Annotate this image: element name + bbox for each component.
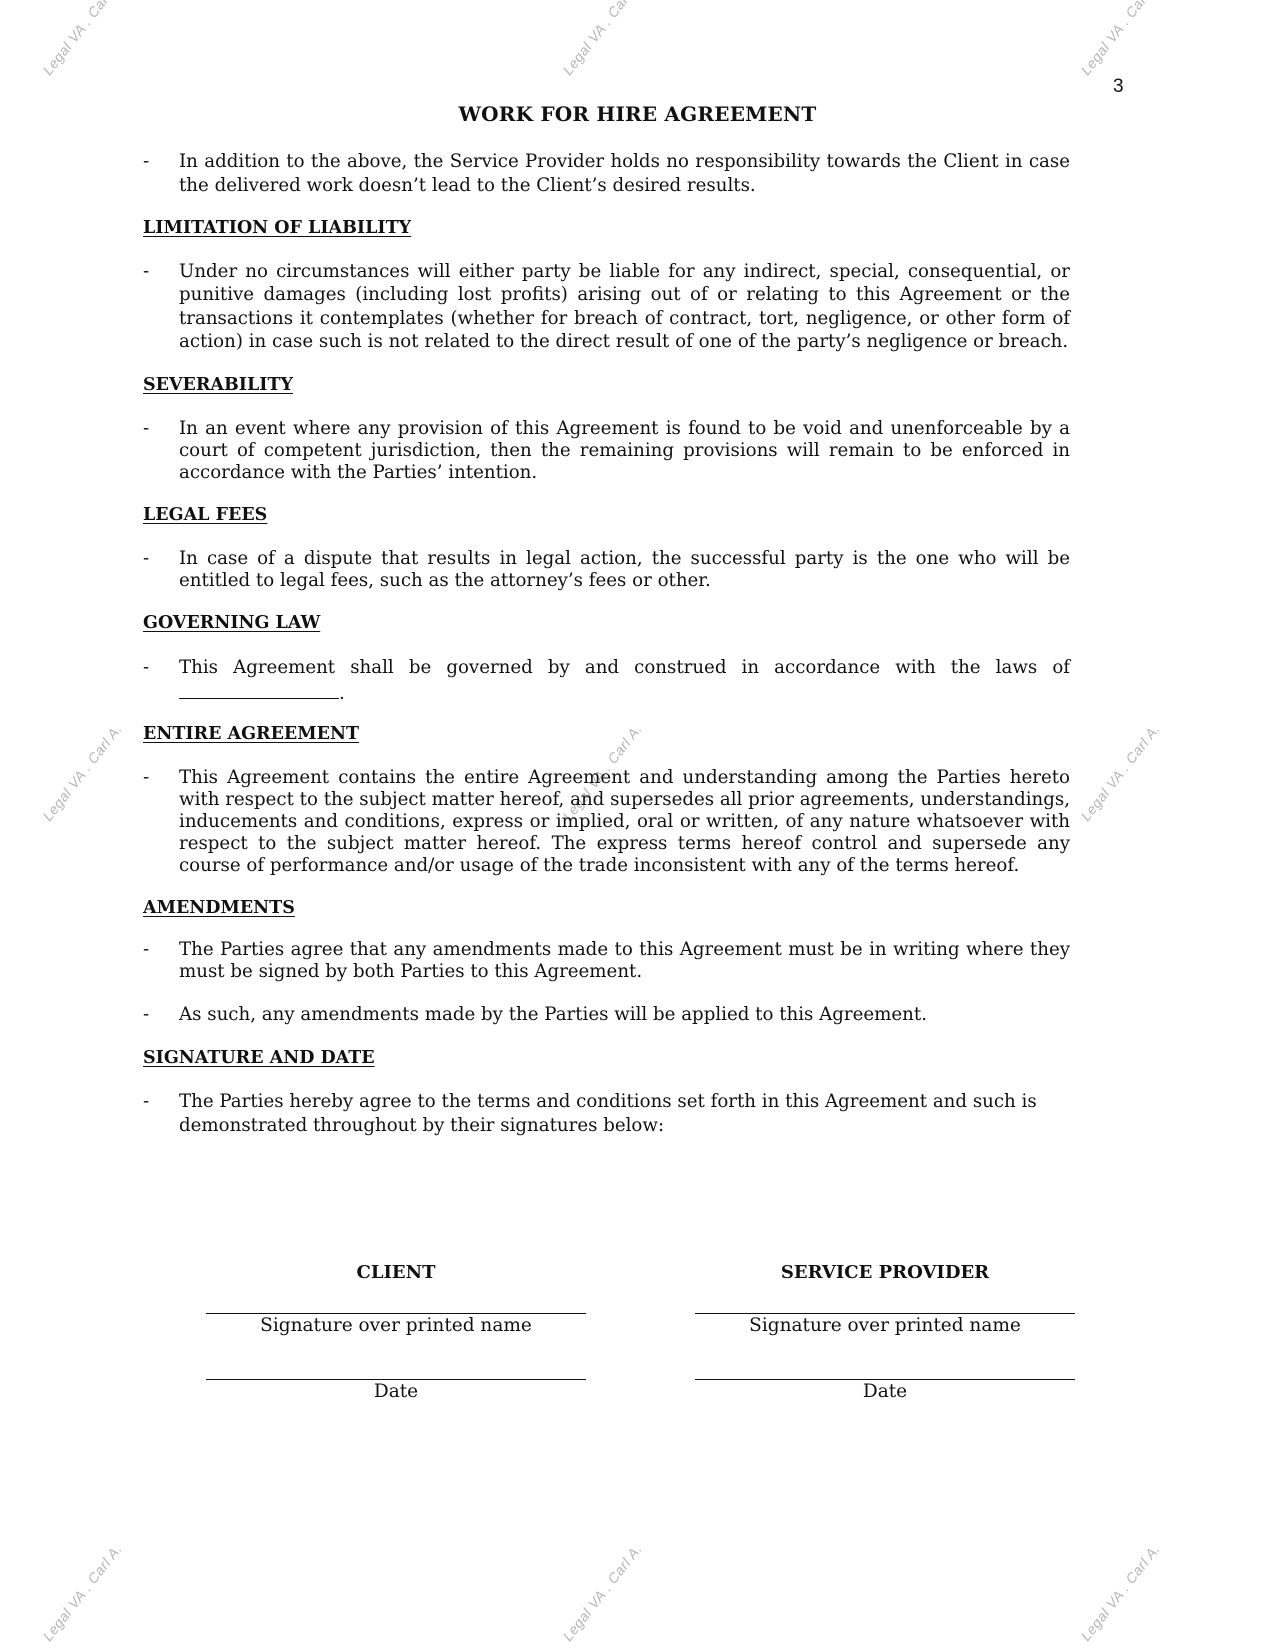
- bullet-text: The Parties agree that any amendments ma…: [179, 939, 1070, 983]
- watermark: Legal VA . Carl A.: [39, 721, 125, 824]
- bullet-item: - Under no circumstances will either par…: [143, 260, 1070, 354]
- bullet-dash: -: [143, 1090, 149, 1114]
- bullet-dash: -: [143, 260, 149, 284]
- watermark: Legal VA . Carl A.: [559, 1541, 645, 1644]
- section-severability: SEVERABILITY - In an event where any pro…: [143, 374, 1070, 485]
- document-page: Legal VA . Carl A. Legal VA . Carl A. Le…: [0, 0, 1275, 1650]
- bullet-item: - The Parties agree that any amendments …: [143, 939, 1070, 983]
- service-provider-signature-block: SERVICE PROVIDER Signature over printed …: [695, 1262, 1075, 1404]
- bullet-text: This Agreement contains the entire Agree…: [179, 767, 1070, 877]
- bullet-text: The Parties hereby agree to the terms an…: [179, 1090, 1070, 1137]
- bullet-text: In an event where any provision of this …: [179, 418, 1070, 484]
- service-provider-heading: SERVICE PROVIDER: [695, 1262, 1075, 1283]
- jurisdiction-blank: [179, 680, 339, 699]
- section-entire-agreement: ENTIRE AGREEMENT - This Agreement contai…: [143, 723, 1070, 877]
- document-title: WORK FOR HIRE AGREEMENT: [0, 102, 1275, 126]
- section-heading: GOVERNING LAW: [143, 612, 1070, 636]
- client-heading: CLIENT: [206, 1262, 586, 1283]
- bullet-dash: -: [143, 939, 149, 961]
- bullet-item: - In an event where any provision of thi…: [143, 418, 1070, 484]
- section-amendments: AMENDMENTS - The Parties agree that any …: [143, 897, 1070, 1027]
- bullet-text: As such, any amendments made by the Part…: [179, 1003, 1070, 1027]
- watermark: Legal VA . Carl A.: [39, 1541, 125, 1644]
- bullet-item: - This Agreement contains the entire Agr…: [143, 767, 1070, 877]
- section-governing-law: GOVERNING LAW - This Agreement shall be …: [143, 612, 1070, 706]
- bullet-dash: -: [143, 548, 149, 570]
- bullet-item: - As such, any amendments made by the Pa…: [143, 1003, 1070, 1027]
- section-heading: SIGNATURE AND DATE: [143, 1047, 1070, 1071]
- watermark: Legal VA . Carl A.: [1077, 1541, 1163, 1644]
- blank-suffix: .: [339, 683, 345, 704]
- bullet-dash: -: [143, 767, 149, 789]
- bullet-text: In case of a dispute that results in leg…: [179, 548, 1070, 592]
- client-signature-block: CLIENT Signature over printed name Date: [206, 1262, 586, 1404]
- section-heading: AMENDMENTS: [143, 897, 1070, 921]
- page-number: 3: [1113, 76, 1124, 98]
- section-heading: SEVERABILITY: [143, 374, 1070, 398]
- section-legal-fees: LEGAL FEES - In case of a dispute that r…: [143, 504, 1070, 592]
- governing-law-blank-line: .: [143, 680, 1070, 706]
- bullet-item: - In addition to the above, the Service …: [143, 150, 1070, 197]
- bullet-dash: -: [143, 418, 149, 440]
- section-signature-and-date: SIGNATURE AND DATE - The Parties hereby …: [143, 1047, 1070, 1138]
- bullet-dash: -: [143, 656, 149, 680]
- client-signature-label: Signature over printed name: [206, 1314, 586, 1338]
- bullet-text: This Agreement shall be governed by and …: [179, 656, 1070, 680]
- bullet-dash: -: [143, 1003, 149, 1027]
- section-heading: LEGAL FEES: [143, 504, 1070, 528]
- section-heading: LIMITATION OF LIABILITY: [143, 217, 1070, 241]
- document-body: - In addition to the above, the Service …: [143, 150, 1070, 1137]
- section-limitation-of-liability: LIMITATION OF LIABILITY - Under no circu…: [143, 217, 1070, 354]
- watermark: Legal VA . Carl A.: [1077, 721, 1163, 824]
- bullet-text: In addition to the above, the Service Pr…: [179, 150, 1070, 197]
- bullet-item: - In case of a dispute that results in l…: [143, 548, 1070, 592]
- section-heading: ENTIRE AGREEMENT: [143, 723, 1070, 747]
- bullet-text: Under no circumstances will either party…: [179, 260, 1070, 354]
- watermark: Legal VA . Carl A.: [559, 0, 645, 78]
- bullet-dash: -: [143, 150, 149, 174]
- client-date-label: Date: [206, 1380, 586, 1404]
- bullet-item: - The Parties hereby agree to the terms …: [143, 1090, 1070, 1137]
- service-provider-date-label: Date: [695, 1380, 1075, 1404]
- bullet-item: - This Agreement shall be governed by an…: [143, 656, 1070, 680]
- section-intro: - In addition to the above, the Service …: [143, 150, 1070, 197]
- service-provider-signature-label: Signature over printed name: [695, 1314, 1075, 1338]
- watermark: Legal VA . Carl A.: [1077, 0, 1163, 78]
- watermark: Legal VA . Carl A.: [39, 0, 125, 78]
